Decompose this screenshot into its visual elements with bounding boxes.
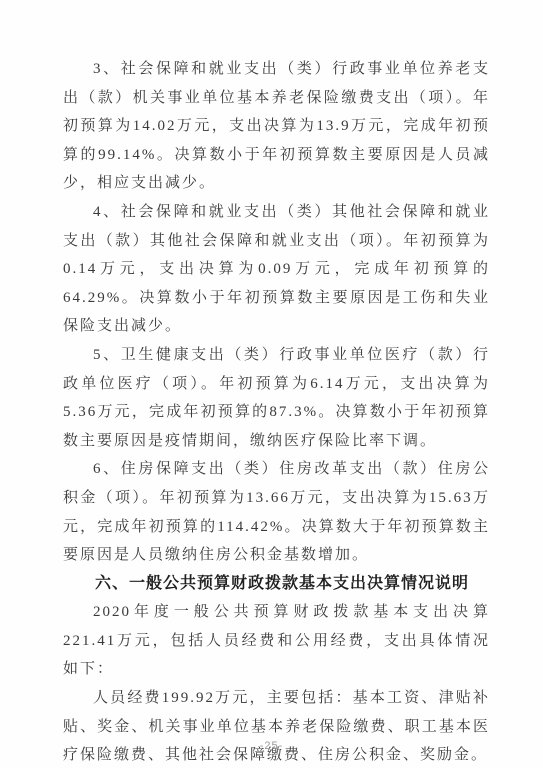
paragraph-item-5: 5、卫生健康支出（类）行政事业单位医疗（款）行政单位医疗（项）。年初预算为6.1… xyxy=(63,341,490,455)
section-heading: 六、一般公共预算财政拨款基本支出决算情况说明 xyxy=(63,570,490,599)
paragraph-item-6: 6、住房保障支出（类）住房改革支出（款）住房公积金（项）。年初预算为13.66万… xyxy=(63,455,490,569)
paragraph-item-3: 3、社会保障和就业支出（类）行政事业单位养老支出（款）机关事业单位基本养老保险缴… xyxy=(63,55,490,198)
document-page: 3、社会保障和就业支出（类）行政事业单位养老支出（款）机关事业单位基本养老保险缴… xyxy=(0,0,543,768)
document-body: 3、社会保障和就业支出（类）行政事业单位养老支出（款）机关事业单位基本养老保险缴… xyxy=(63,0,490,768)
paragraph-personnel-expense-detail: 人员经费199.92万元，主要包括：基本工资、津贴补贴、奖金、机关事业单位基本养… xyxy=(63,684,490,768)
page-number: -25- xyxy=(0,740,543,752)
paragraph-item-4: 4、社会保障和就业支出（类）其他社会保障和就业支出（款）其他社会保障和就业支出（… xyxy=(63,198,490,341)
paragraph-basic-expenditure-summary: 2020年度一般公共预算财政拨款基本支出决算221.41万元，包括人员经费和公用… xyxy=(63,598,490,684)
